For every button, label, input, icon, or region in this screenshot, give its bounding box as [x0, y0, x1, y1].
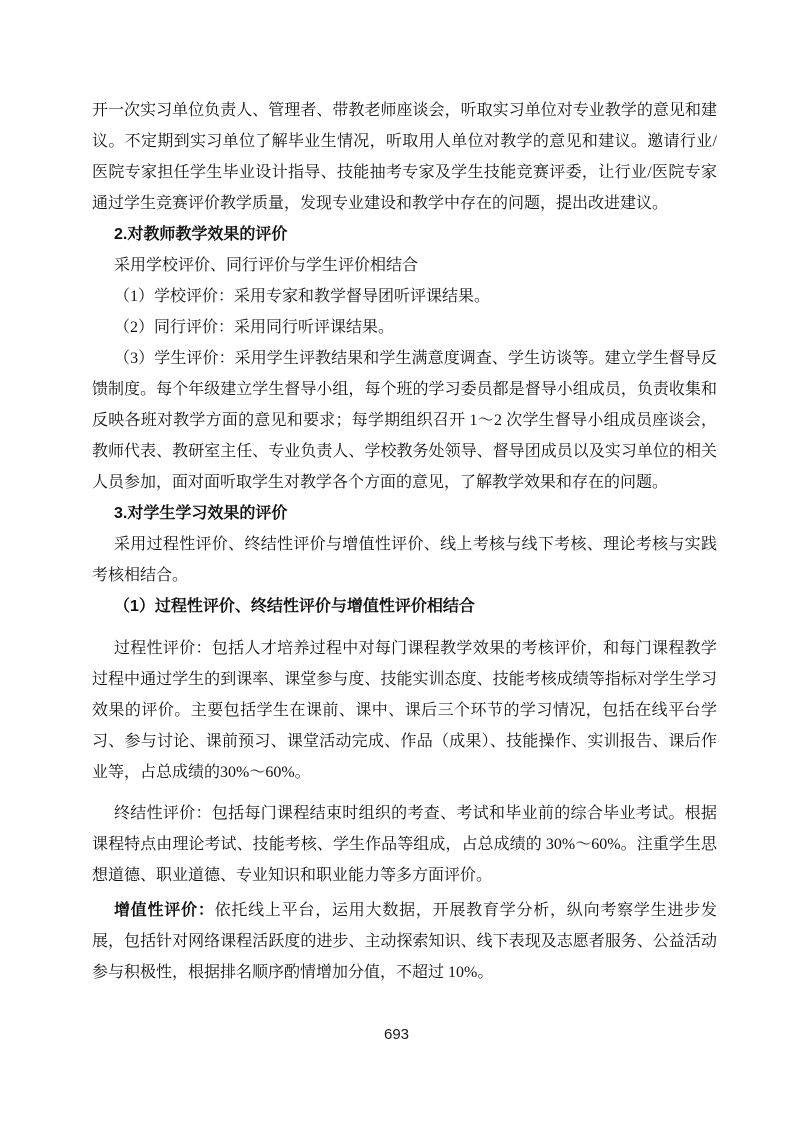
document-page: 开一次实习单位负责人、管理者、带教老师座谈会，听取实习单位对专业教学的意见和建议… — [0, 0, 793, 1122]
page-footer: 693 — [0, 1026, 793, 1044]
paragraph-internship-feedback: 开一次实习单位负责人、管理者、带教老师座谈会，听取实习单位对专业教学的意见和建议… — [92, 95, 717, 219]
list-item-peer-evaluation: （2）同行评价：采用同行听评课结果。 — [92, 312, 717, 343]
paragraph-summative-evaluation: 终结性评价：包括每门课程结束时组织的考查、考试和毕业前的综合毕业考试。根据课程特… — [92, 798, 717, 891]
paragraph-process-evaluation: 过程性评价：包括人才培养过程中对每门课程教学效果的考核评价，和每门课程教学过程中… — [92, 633, 717, 788]
section-heading-student-learning-evaluation: 3.对学生学习效果的评价 — [92, 498, 717, 529]
paragraph-lead-bold: 增值性评价： — [114, 902, 215, 919]
section-heading-teacher-evaluation: 2.对教师教学效果的评价 — [92, 219, 717, 250]
document-body: 开一次实习单位负责人、管理者、带教老师座谈会，听取实习单位对专业教学的意见和建议… — [92, 95, 717, 988]
page-number: 693 — [384, 1026, 409, 1043]
sub-heading-evaluation-combination: （1）过程性评价、终结性评价与增值性评价相结合 — [92, 591, 717, 622]
paragraph-value-added-evaluation: 增值性评价：依托线上平台，运用大数据，开展教育学分析，纵向考察学生进步发展，包括… — [92, 895, 717, 988]
paragraph-learning-evaluation-methods: 采用过程性评价、终结性评价与增值性评价、线上考核与线下考核、理论考核与实践考核相… — [92, 529, 717, 591]
list-item-student-evaluation: （3）学生评价：采用学生评教结果和学生满意度调查、学生访谈等。建立学生督导反馈制… — [92, 343, 717, 498]
list-item-school-evaluation: （1）学校评价：采用专家和教学督导团听评课结果。 — [92, 281, 717, 312]
paragraph-evaluation-combination: 采用学校评价、同行评价与学生评价相结合 — [92, 250, 717, 281]
